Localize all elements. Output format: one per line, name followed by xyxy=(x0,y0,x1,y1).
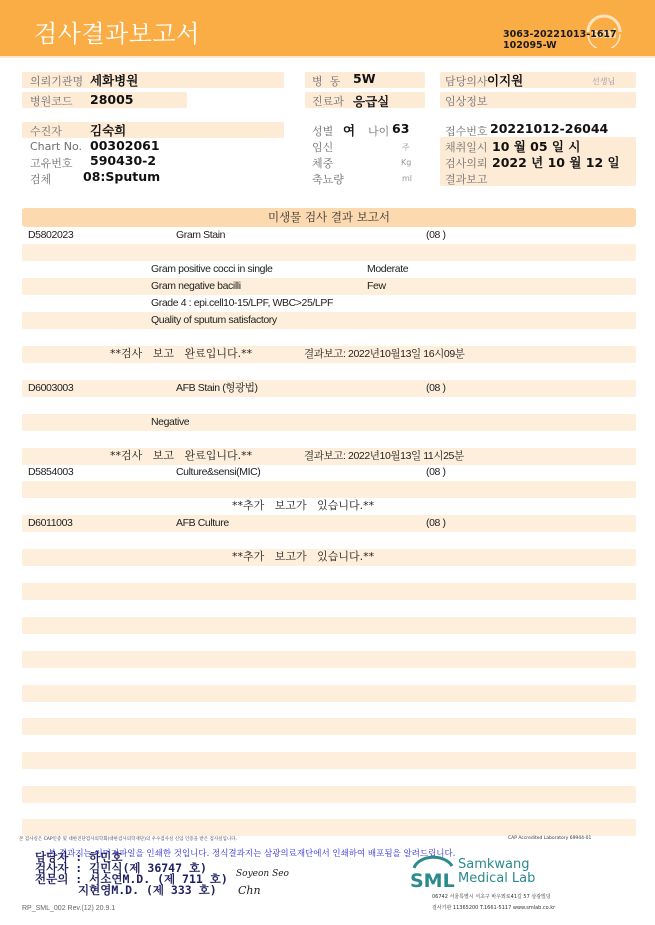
table-row: Gram negative bacilli Few xyxy=(22,278,636,295)
staff-name: 지현영M.D. (제 333 호) xyxy=(78,883,217,897)
test-code: D5854003 xyxy=(28,465,73,480)
table-row xyxy=(22,363,636,380)
additional-report-note: **추가 보고가 있습니다.** xyxy=(232,498,374,514)
table-row: Grade 4 : epi.cell10-15/LPF, WBC>25/LPF xyxy=(22,295,636,312)
table-row: **검사 보고 완료입니다.** 결과보고: 2022년10월13일 16시09… xyxy=(22,346,636,363)
urine-label: 축뇨량 xyxy=(312,171,344,187)
empty-row xyxy=(22,718,636,735)
lab-contact: 검사기관 11365200 T.1661-5117 www.smlab.co.k… xyxy=(432,904,555,911)
pregnancy-unit: 주 xyxy=(402,142,410,153)
dept-value: 응급실 xyxy=(353,92,389,110)
result-value: Moderate xyxy=(367,262,408,277)
report-header: 검사결과보고서 sml 3063-20221013-1617 102095-W xyxy=(0,0,655,56)
report-code: 3063-20221013-1617 102095-W xyxy=(503,29,617,51)
test-specimen: (08 ) xyxy=(426,381,446,396)
table-row: D5854003 Culture&sensi(MIC) (08 ) xyxy=(22,464,636,481)
institution-label: 의뢰기관명 xyxy=(30,73,83,89)
sex-value: 여 xyxy=(343,121,355,139)
test-code: D6003003 xyxy=(28,381,73,396)
table-row: D6011003 AFB Culture (08 ) xyxy=(22,515,636,532)
patient-value: 김숙희 xyxy=(90,121,126,139)
accreditation-text: 본 검사실은 CAP인증 및 대한진단검사의학회(대한검사의학재단)의 우수검사… xyxy=(19,836,237,842)
table-row xyxy=(22,329,636,346)
weight-label: 체중 xyxy=(312,155,333,171)
revision-code: RP_SML_002 Rev.(12) 20.9.1 xyxy=(22,905,115,912)
patient-label: 수진자 xyxy=(30,123,62,139)
sex-label: 성별 xyxy=(312,123,333,139)
empty-row xyxy=(22,651,636,668)
table-row: **추가 보고가 있습니다.** xyxy=(22,498,636,515)
specimen-label: 검체 xyxy=(30,171,51,187)
table-row: Quality of sputum satisfactory xyxy=(22,312,636,329)
request-label: 검사의뢰 xyxy=(445,155,488,171)
ward-label: 병 동 xyxy=(312,73,340,89)
signature-specialist-2: Chn xyxy=(238,884,261,897)
table-row: **추가 보고가 있습니다.** xyxy=(22,549,636,566)
empty-row xyxy=(22,685,636,702)
pregnancy-label: 임신 xyxy=(312,139,333,155)
empty-row xyxy=(22,819,636,836)
svg-text:SML: SML xyxy=(410,870,455,892)
chart-value: 00302061 xyxy=(90,138,160,153)
status-note: **검사 보고 완료입니다.** xyxy=(110,448,252,464)
doctor-suffix: 선생님 xyxy=(592,76,615,87)
hospital-code-label: 병원코드 xyxy=(30,93,73,109)
table-row: D6003003 AFB Stain (형광법) (08 ) xyxy=(22,380,636,397)
result-value: Few xyxy=(367,279,386,294)
chart-label: Chart No. xyxy=(30,140,82,153)
page-title: 검사결과보고서 xyxy=(34,14,200,49)
age-value: 63 xyxy=(392,121,409,136)
report-time: 결과보고: 2022년10월13일 16시09분 xyxy=(304,347,465,362)
table-row xyxy=(22,481,636,498)
sml-lab-logo-icon: SML xyxy=(408,852,458,892)
report-time: 결과보고: 2022년10월13일 11시25분 xyxy=(304,449,464,464)
table-row: D5802023 Gram Stain (08 ) xyxy=(22,227,636,244)
test-name: Culture&sensi(MIC) xyxy=(176,465,260,480)
doctor-label: 담당의사 xyxy=(445,73,488,89)
result-item: Gram positive cocci in single xyxy=(151,262,272,277)
table-row xyxy=(22,532,636,549)
clinical-info-label: 임상정보 xyxy=(445,93,488,109)
table-row: Gram positive cocci in single Moderate xyxy=(22,261,636,278)
institution-value: 세화병원 xyxy=(90,71,138,89)
doctor-value: 이지원 xyxy=(487,71,523,89)
test-name: Gram Stain xyxy=(176,228,225,243)
result-item: Gram negative bacilli xyxy=(151,279,241,294)
receipt-label: 접수번호 xyxy=(445,123,488,139)
signature-specialist-1: Soyeon Seo xyxy=(236,869,289,879)
lab-name-line1: Samkwang xyxy=(458,858,535,872)
age-label: 나이 xyxy=(368,123,389,139)
weight-unit: Kg xyxy=(401,158,411,167)
hospital-code-value: 28005 xyxy=(90,92,134,107)
test-specimen: (08 ) xyxy=(426,465,446,480)
empty-row xyxy=(22,617,636,634)
empty-row xyxy=(22,752,636,769)
specimen-value: 08:Sputum xyxy=(83,169,160,184)
empty-row xyxy=(22,583,636,600)
cap-number: CAP Accredited Laboratory 69944-01 xyxy=(508,836,591,841)
request-value: 2022 년 10 월 12 일 xyxy=(492,153,620,171)
status-note: **검사 보고 완료입니다.** xyxy=(110,346,252,362)
result-item: Quality of sputum satisfactory xyxy=(151,313,277,328)
table-row xyxy=(22,244,636,261)
staff-row: 지현영M.D. (제 333 호) xyxy=(78,884,217,896)
receipt-value: 20221012-26044 xyxy=(490,121,608,136)
result-item: Negative xyxy=(151,415,189,430)
staff-role: 전문의 : xyxy=(35,872,82,886)
collection-label: 채취일시 xyxy=(445,139,488,155)
ward-value: 5W xyxy=(353,71,376,86)
lab-name-line2: Medical Lab xyxy=(458,872,535,886)
lab-address: 06742 서울특별시 서초구 바우뫼로41길 57 삼광빌딩 xyxy=(432,893,551,900)
lab-name: Samkwang Medical Lab xyxy=(458,858,535,886)
test-specimen: (08 ) xyxy=(426,516,446,531)
empty-row xyxy=(22,786,636,803)
table-row: **검사 보고 완료입니다.** 결과보고: 2022년10월13일 11시25… xyxy=(22,448,636,465)
test-code: D6011003 xyxy=(28,516,72,531)
header-divider xyxy=(0,56,655,58)
test-code: D5802023 xyxy=(28,228,73,243)
additional-report-note: **추가 보고가 있습니다.** xyxy=(232,549,374,565)
id-label: 고유번호 xyxy=(30,155,73,171)
id-value: 590430-2 xyxy=(90,153,156,168)
report-label: 결과보고 xyxy=(445,171,488,187)
table-row xyxy=(22,397,636,414)
report-code-line2: 102095-W xyxy=(503,40,617,51)
result-item: Grade 4 : epi.cell10-15/LPF, WBC>25/LPF xyxy=(151,296,333,311)
test-specimen: (08 ) xyxy=(426,228,446,243)
urine-unit: ml xyxy=(402,174,412,183)
results-title: 미생물 검사 결과 보고서 xyxy=(22,208,636,227)
table-row: Negative xyxy=(22,414,636,431)
test-name: AFB Culture xyxy=(176,516,229,531)
dept-label: 진료과 xyxy=(312,93,344,109)
report-code-line1: 3063-20221013-1617 xyxy=(503,29,617,40)
test-name: AFB Stain (형광법) xyxy=(176,381,258,396)
table-row xyxy=(22,431,636,448)
